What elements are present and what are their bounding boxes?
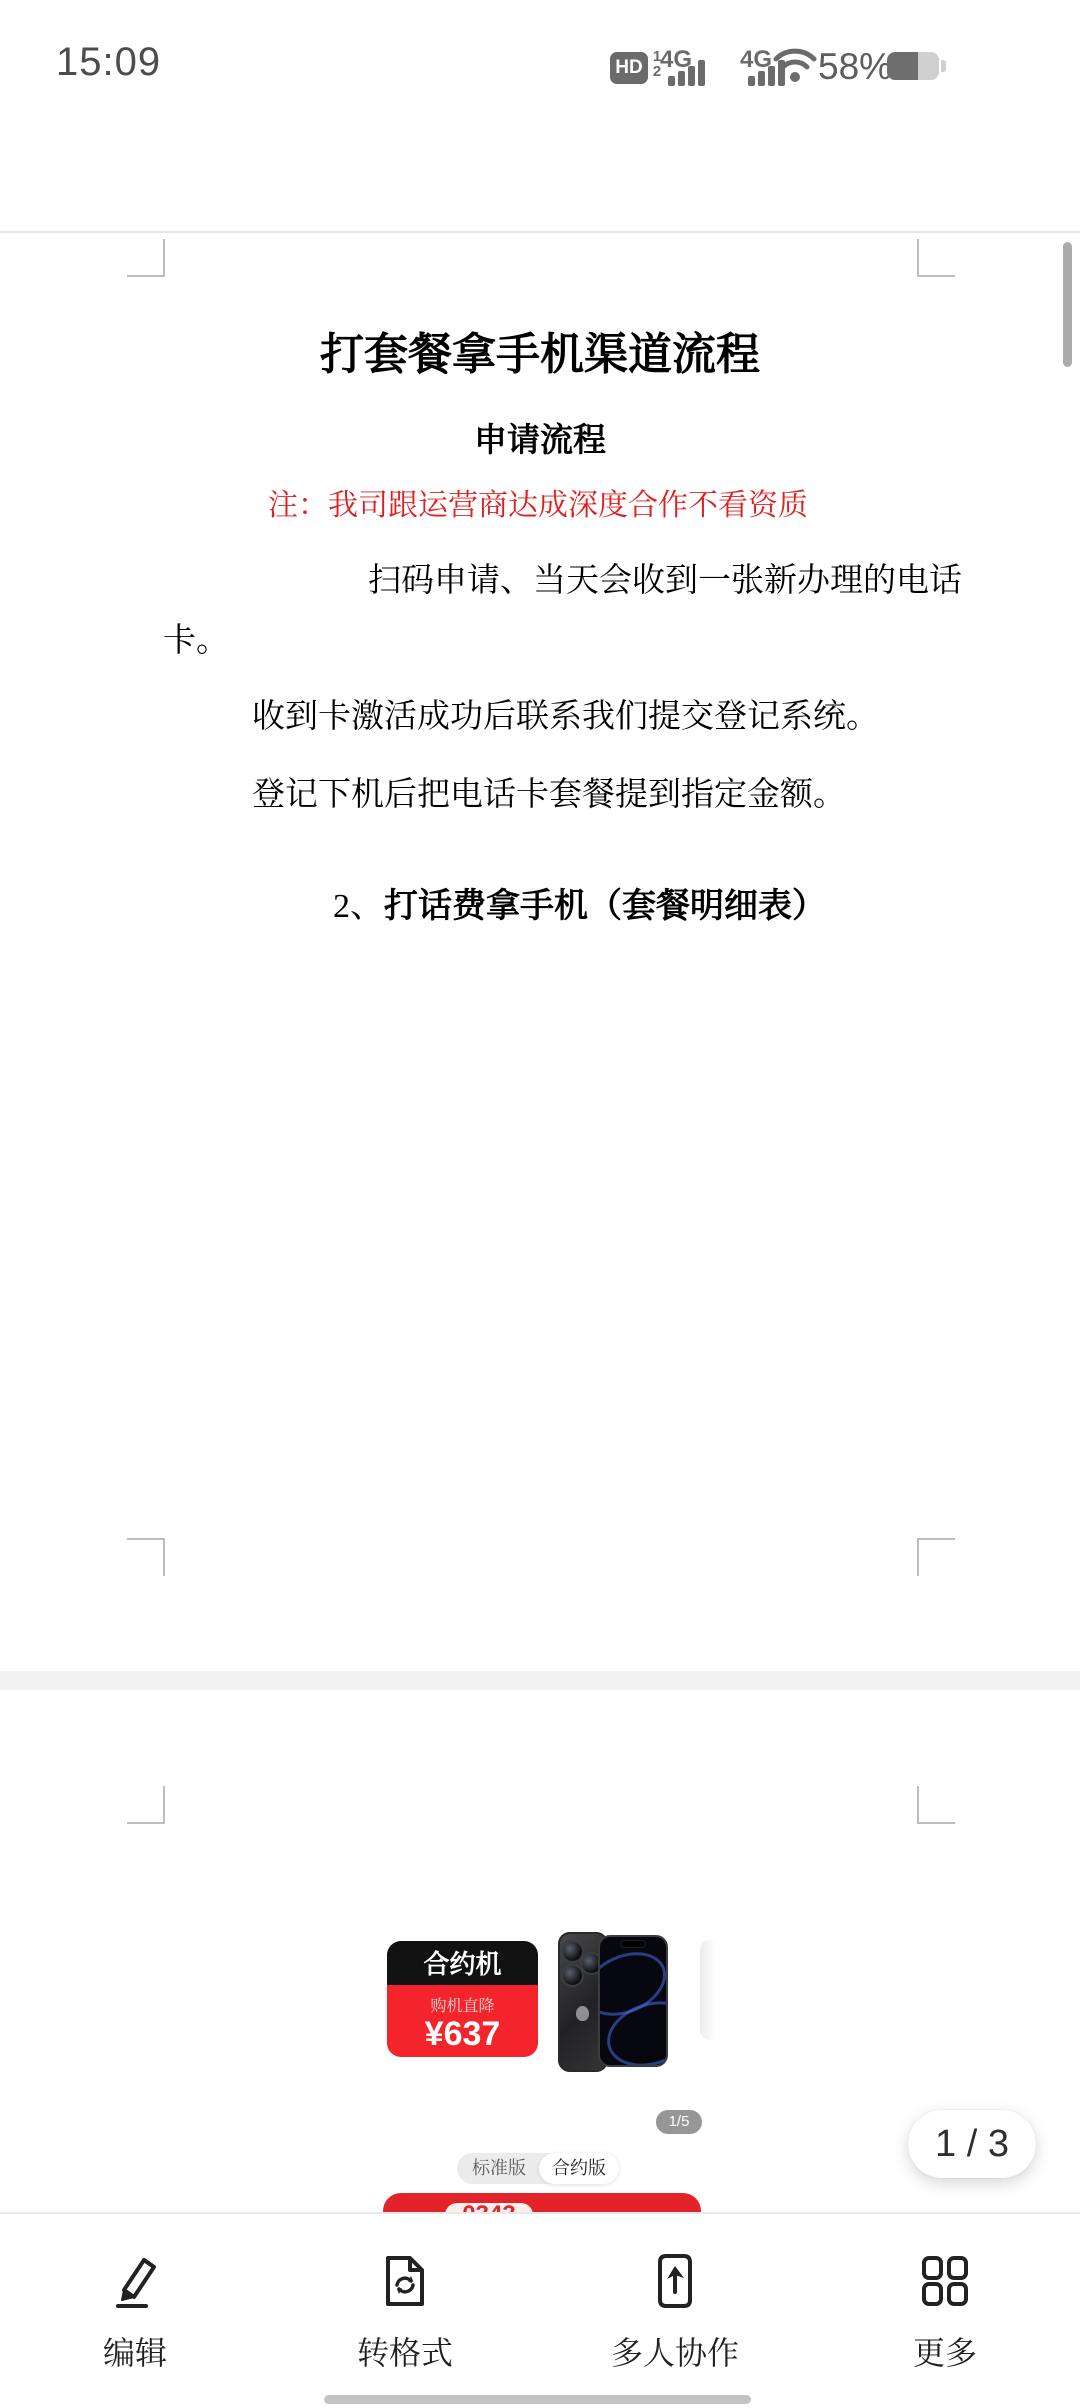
doc-heading: 打套餐拿手机渠道流程 — [0, 318, 1080, 382]
status-bar: 15:09 HD 1 2 4G 4G 58% — [0, 0, 1080, 130]
doc-subheading: 申请流程 — [0, 414, 1080, 461]
camera-lens-icon — [563, 1942, 582, 1961]
apple-logo-icon — [576, 2006, 589, 2021]
margin-corner-mark — [917, 1538, 955, 1576]
promo-card: 合约机 购机直降 ¥637 — [387, 1941, 538, 2057]
camera-lens-icon — [563, 1966, 582, 1985]
clock: 15:09 — [56, 40, 161, 85]
screen: 15:09 HD 1 2 4G 4G 58% — [0, 0, 1080, 2408]
doc-paragraph: 收到卡激活成功后联系我们提交登记系统。 — [252, 690, 879, 737]
collaborate-button[interactable]: 多人协作 — [540, 2214, 810, 2408]
promo-badge: 合约机 — [387, 1941, 538, 1985]
home-indicator[interactable] — [324, 2395, 751, 2404]
document-page-area[interactable]: 打套餐拿手机渠道流程 申请流程 注：我司跟运营商达成深度合作不看资质 扫码申请、… — [0, 233, 1080, 2213]
promo-price: ¥637 — [387, 2016, 538, 2052]
battery-fill — [887, 52, 918, 80]
doc-red-note: 注：我司跟运营商达成深度合作不看资质 — [268, 480, 808, 524]
signal-bars-sim1 — [668, 60, 705, 86]
carousel-next-card-edge — [700, 1940, 717, 2040]
tab-standard-version: 标准版 — [457, 2153, 541, 2184]
page-number-badge: 1 / 3 — [908, 2110, 1036, 2178]
grid-icon — [916, 2252, 974, 2310]
toolbar-label: 更多 — [913, 2328, 977, 2374]
collaborate-file-icon — [646, 2252, 704, 2310]
battery-nub — [941, 60, 946, 72]
convert-file-icon — [376, 2252, 434, 2310]
toolbar-label: 转格式 — [357, 2328, 453, 2374]
bottom-toolbar: 编辑 转格式 多人协作 — [0, 2214, 1080, 2408]
promo-caption: 购机直降 — [387, 1993, 538, 2016]
margin-corner-mark — [127, 239, 165, 277]
margin-corner-mark — [127, 1786, 165, 1824]
page-gap — [0, 1671, 1080, 1690]
battery-percent-label: 58% — [818, 46, 892, 88]
signal-bars-icon-sim1: 4G — [668, 52, 714, 86]
doc-paragraph: 卡。 — [163, 614, 229, 661]
toolbar-label: 多人协作 — [611, 2328, 739, 2374]
camera-lens-icon — [582, 1954, 601, 1973]
more-button[interactable]: 更多 — [810, 2214, 1080, 2408]
doc-list-heading: 2、打话费拿手机（套餐明细表） — [333, 878, 826, 927]
doc-paragraph: 登记下机后把电话卡套餐提到指定金额。 — [252, 768, 846, 815]
nav-bar: 新套餐 + 申请入口(1).docx — [0, 130, 1080, 231]
margin-corner-mark — [127, 1538, 165, 1576]
toolbar-label: 编辑 — [103, 2328, 167, 2374]
scrollbar-thumb[interactable] — [1063, 242, 1072, 367]
tab-contract-version: 合约版 — [539, 2153, 619, 2184]
promo-price-panel: 购机直降 ¥637 — [387, 1985, 538, 2057]
carousel-index-badge: 1/5 — [656, 2110, 702, 2134]
phone-screen-image — [600, 1937, 666, 2065]
convert-format-button[interactable]: 转格式 — [270, 2214, 540, 2408]
battery-icon — [887, 52, 939, 80]
margin-corner-mark — [917, 239, 955, 277]
doc-paragraph: 扫码申请、当天会收到一张新办理的电话 — [368, 554, 962, 601]
phone-notch — [621, 1941, 645, 1947]
margin-corner-mark — [917, 1786, 955, 1824]
hd-voice-icon: HD — [610, 52, 648, 84]
version-segmented-control: 标准版 合约版 — [457, 2153, 619, 2184]
wifi-icon — [772, 46, 818, 84]
promo-banner-clipped: 0343 — [383, 2193, 701, 2213]
pencil-icon — [106, 2252, 164, 2310]
edit-button[interactable]: 编辑 — [0, 2214, 270, 2408]
